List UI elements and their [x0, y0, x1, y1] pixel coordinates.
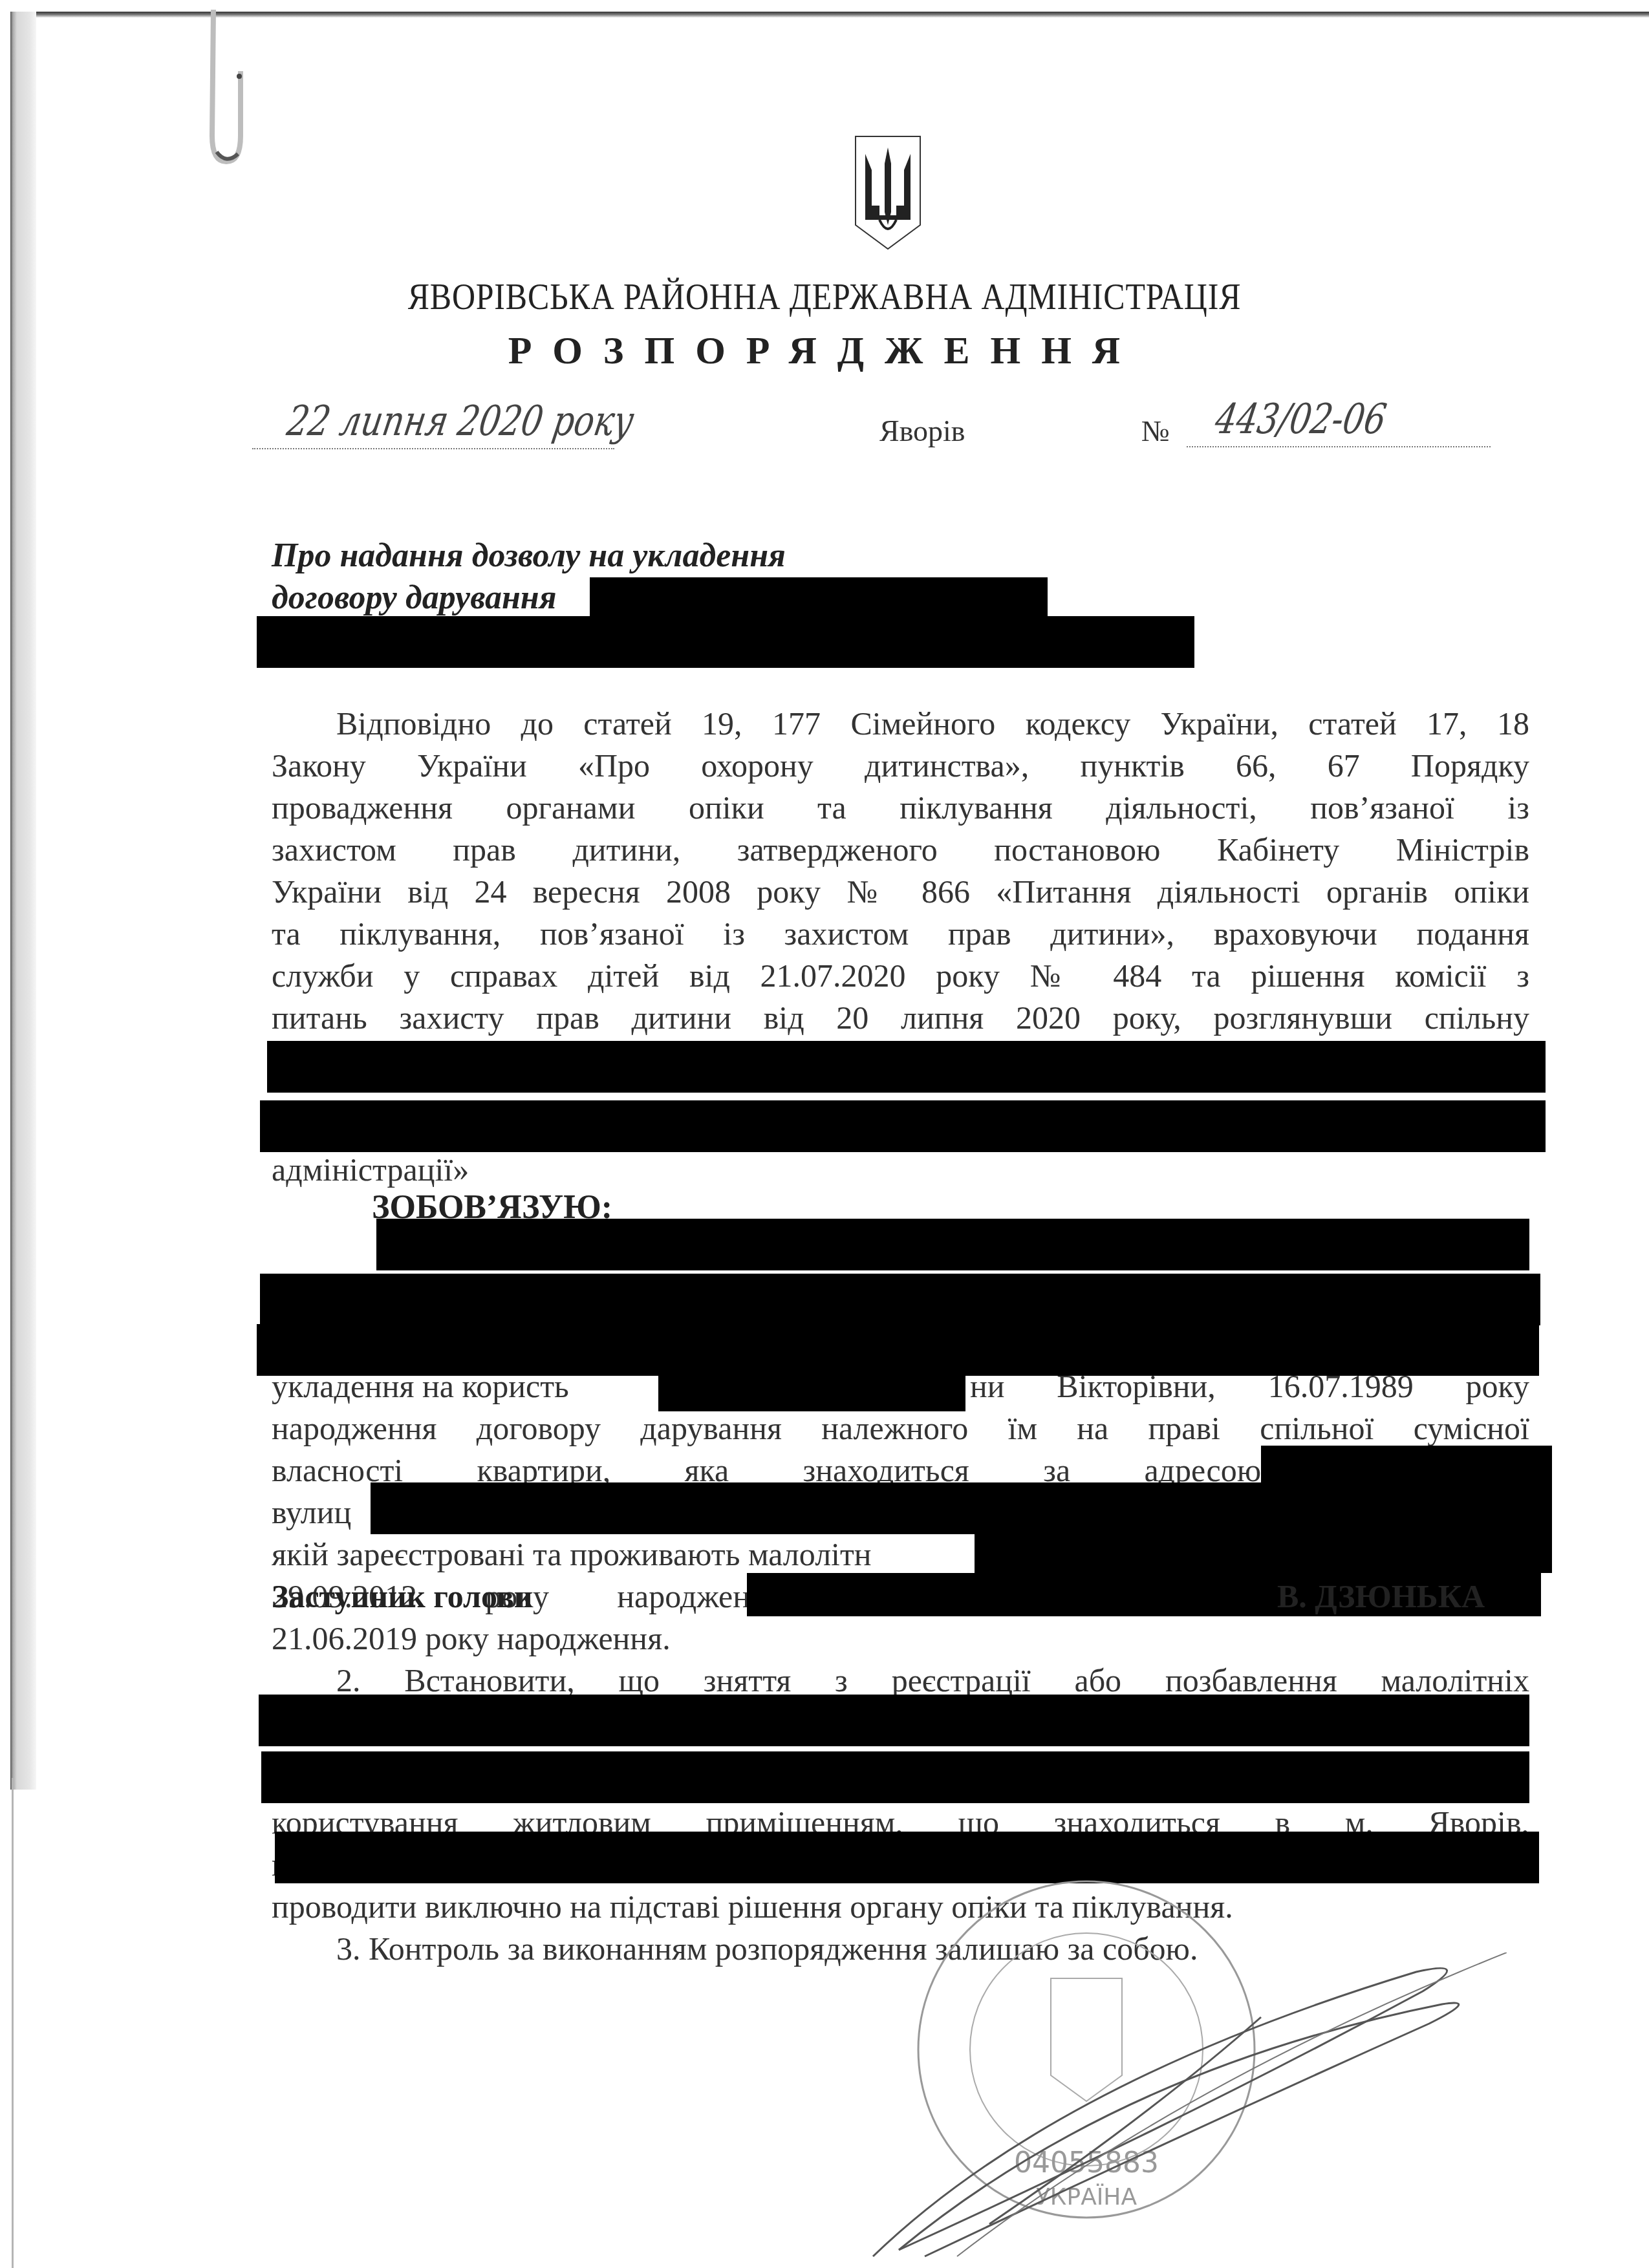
- redaction-bar: [260, 1100, 1546, 1152]
- signer-position: Заступник голови: [272, 1578, 533, 1615]
- preamble-line: та піклування, пов’язаної із захистом пр…: [272, 915, 1529, 952]
- preamble-line: питань захисту прав дитини від 20 липня …: [272, 999, 1529, 1036]
- item1-line: народження договору дарування належного …: [272, 1409, 1529, 1447]
- scan-edge-left: [10, 12, 36, 1790]
- preamble-line: провадження органами опіки та піклування…: [272, 789, 1529, 826]
- number-sign: №: [1141, 414, 1170, 448]
- preamble-line: служби у справах дітей від 21.07.2020 ро…: [272, 957, 1529, 994]
- date-underline: [252, 448, 614, 449]
- signer-name: В. ДЗЮНЬКА: [1277, 1578, 1485, 1615]
- scan-edge-top: [10, 12, 1649, 17]
- redaction-bar: [371, 1482, 1552, 1534]
- trident-emblem-icon: [852, 134, 923, 251]
- place-of-issue: Яворів: [879, 414, 965, 448]
- redaction-bar: [257, 616, 1194, 668]
- preamble-line: захистом прав дитини, затвердженого пост…: [272, 831, 1529, 868]
- redaction-bar: [259, 1695, 1529, 1746]
- preamble-line: Закону України «Про охорону дитинства», …: [272, 747, 1529, 784]
- item1-line: 21.06.2019 року народження.: [272, 1620, 1529, 1657]
- preamble-tail: адміністрації»: [272, 1151, 1529, 1188]
- redaction-bar: [260, 1274, 1540, 1325]
- handwritten-signature: [860, 1952, 1507, 2263]
- redaction-bar: [590, 577, 1048, 617]
- preamble-line: Відповідно до статей 19, 177 Сімейного к…: [336, 705, 1529, 742]
- preamble-line: України від 24 вересня 2008 року № 866 «…: [272, 873, 1529, 910]
- redaction-bar: [376, 1219, 1529, 1270]
- redaction-bar: [261, 1751, 1529, 1803]
- handwritten-number: 443/02-06: [1212, 396, 1390, 444]
- item1-line: ни Вікторівни, 16.07.1989 року: [970, 1367, 1529, 1405]
- redaction-bar: [267, 1041, 1546, 1093]
- handwritten-date: 22 липня 2020 року: [284, 398, 638, 445]
- number-underline: [1187, 446, 1491, 447]
- subject-line-1: Про надання дозволу на укладення: [272, 537, 786, 575]
- scan-edge-left-thin: [12, 1778, 14, 2268]
- redaction-bar: [658, 1367, 965, 1411]
- subject-line-2: договору дарування: [272, 579, 557, 617]
- organization-title: ЯВОРІВСЬКА РАЙОННА ДЕРЖАВНА АДМІНІСТРАЦІ…: [116, 275, 1534, 318]
- paperclip-icon: [200, 6, 246, 168]
- document-type-heading: РОЗПОРЯДЖЕННЯ: [0, 328, 1649, 373]
- item2-line: 2. Встановити, що зняття з реєстрації аб…: [336, 1662, 1529, 1699]
- redaction-bar: [975, 1534, 1552, 1573]
- item2-line: проводити виключно на підставі рішення о…: [272, 1888, 1529, 1925]
